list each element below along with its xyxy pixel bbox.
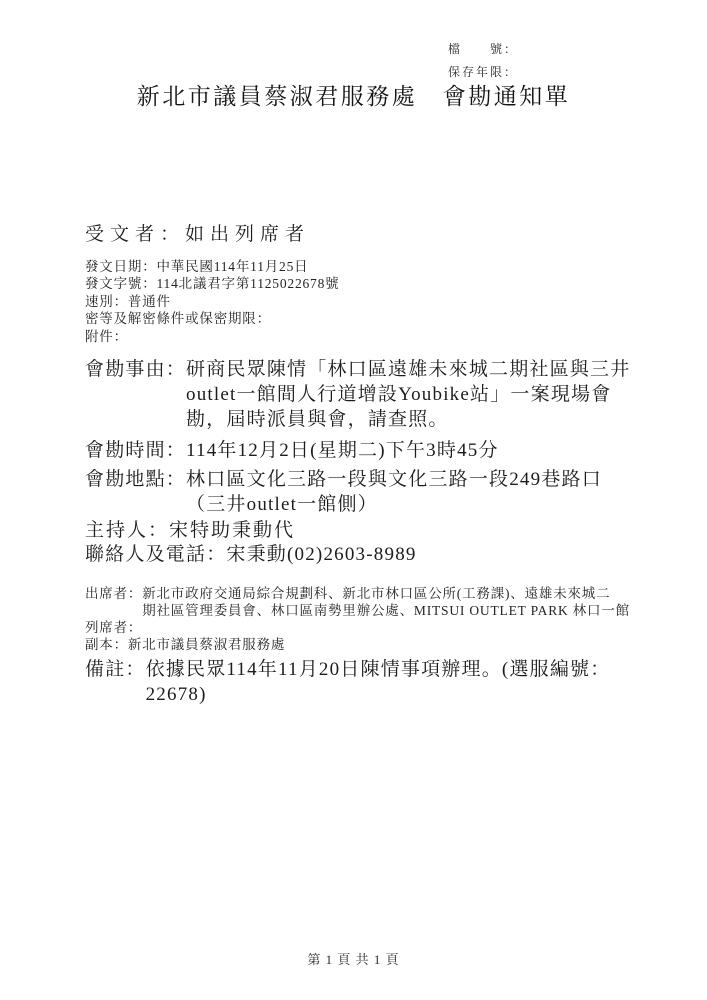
host-row: 主持人： 宋特助秉動代 (85, 518, 295, 543)
file-number-label: 檔 號： (448, 38, 518, 61)
speed-class-label: 速別： (85, 294, 128, 309)
host-value: 宋特助秉動代 (169, 518, 295, 543)
recipient-label: 受文者： (85, 224, 185, 245)
meta-block: 發文日期：中華民國114年11月25日 發文字號：114北議君字第1125022… (85, 258, 339, 345)
doc-number-line: 發文字號：114北議君字第1125022678號 (85, 275, 339, 292)
inspection-time-label: 會勘時間： (85, 438, 186, 463)
copy-to-label: 副本： (85, 636, 128, 653)
inspection-subject-row: 會勘事由： 研商民眾陳情「林口區遠雄未來城二期社區與三井 outlet一館間人行… (85, 357, 630, 432)
speed-class-line: 速別：普通件 (85, 293, 339, 310)
contact-value: 宋秉動(02)2603-8989 (226, 542, 416, 567)
copy-to-row: 副本： 新北市議員蔡淑君服務處 (85, 636, 285, 653)
inspection-time-value: 114年12月2日(星期二)下午3時45分 (186, 438, 499, 463)
inspection-location-content: 林口區文化三路一段與文化三路一段249巷路口 （三井outlet一館側） (186, 467, 602, 517)
doc-number-value: 114北議君字第1125022678號 (157, 276, 340, 291)
doc-number-label: 發文字號： (85, 276, 157, 291)
inspection-subject-content: 研商民眾陳情「林口區遠雄未來城二期社區與三井 outlet一館間人行道增設You… (186, 357, 630, 432)
inspection-location-line: 林口區文化三路一段與文化三路一段249巷路口 (186, 467, 602, 492)
document-page: 檔 號： 保存年限： 新北市議員蔡淑君服務處 會勘通知單 受文者：如出列席者 發… (0, 0, 707, 1000)
attendees-line: 期社區管理委員會、林口區南勢里辦公處、MITSUI OUTLET PARK 林口… (142, 602, 630, 619)
remarks-row: 備註： 依據民眾114年11月20日陳情事項辦理。(選服編號： 22678) (85, 657, 610, 707)
remarks-content: 依據民眾114年11月20日陳情事項辦理。(選服編號： 22678) (146, 657, 611, 707)
page-number-footer: 第 1 頁 共 1 頁 (0, 949, 707, 968)
recipient-line: 受文者：如出列席者 (85, 223, 310, 247)
contact-row: 聯絡人及電話： 宋秉動(02)2603-8989 (85, 542, 417, 567)
issue-date-value: 中華民國114年11月25日 (157, 259, 309, 274)
remarks-line: 22678) (146, 682, 611, 707)
speed-class-value: 普通件 (128, 294, 171, 309)
attendees-label: 出席者： (85, 585, 142, 602)
inspection-location-label: 會勘地點： (85, 467, 186, 492)
inspection-subject-label: 會勘事由： (85, 357, 186, 382)
host-label: 主持人： (85, 518, 169, 543)
recipient-value: 如出列席者 (185, 224, 310, 245)
inspection-location-line: （三井outlet一館側） (186, 492, 602, 517)
attendees-content: 新北市政府交通局綜合規劃科、新北市林口區公所(工務課)、遠雄未來城二 期社區管理… (142, 585, 630, 619)
copy-to-value: 新北市議員蔡淑君服務處 (128, 636, 285, 653)
observers-label: 列席者： (85, 619, 142, 636)
document-title: 新北市議員蔡淑君服務處 會勘通知單 (0, 82, 707, 112)
observers-row: 列席者： (85, 619, 142, 636)
remarks-label: 備註： (85, 657, 146, 682)
inspection-subject-line: 研商民眾陳情「林口區遠雄未來城二期社區與三井 (186, 357, 630, 382)
remarks-line: 依據民眾114年11月20日陳情事項辦理。(選服編號： (146, 657, 611, 682)
security-class-label: 密等及解密條件或保密期限： (85, 311, 271, 326)
attachment-label: 附件： (85, 329, 128, 344)
attendees-row: 出席者： 新北市政府交通局綜合規劃科、新北市林口區公所(工務課)、遠雄未來城二 … (85, 585, 630, 619)
issue-date-line: 發文日期：中華民國114年11月25日 (85, 258, 339, 275)
archive-block: 檔 號： 保存年限： (448, 38, 518, 84)
inspection-location-row: 會勘地點： 林口區文化三路一段與文化三路一段249巷路口 （三井outlet一館… (85, 467, 602, 517)
retention-period-label: 保存年限： (448, 61, 518, 84)
contact-label: 聯絡人及電話： (85, 542, 226, 567)
attendees-line: 新北市政府交通局綜合規劃科、新北市林口區公所(工務課)、遠雄未來城二 (142, 585, 630, 602)
inspection-subject-line: 勘，屆時派員與會，請查照。 (186, 407, 630, 432)
inspection-time-row: 會勘時間： 114年12月2日(星期二)下午3時45分 (85, 438, 499, 463)
issue-date-label: 發文日期： (85, 259, 157, 274)
inspection-subject-line: outlet一館間人行道增設Youbike站」一案現場會 (186, 382, 630, 407)
attachment-line: 附件： (85, 328, 339, 345)
security-class-line: 密等及解密條件或保密期限： (85, 310, 339, 327)
